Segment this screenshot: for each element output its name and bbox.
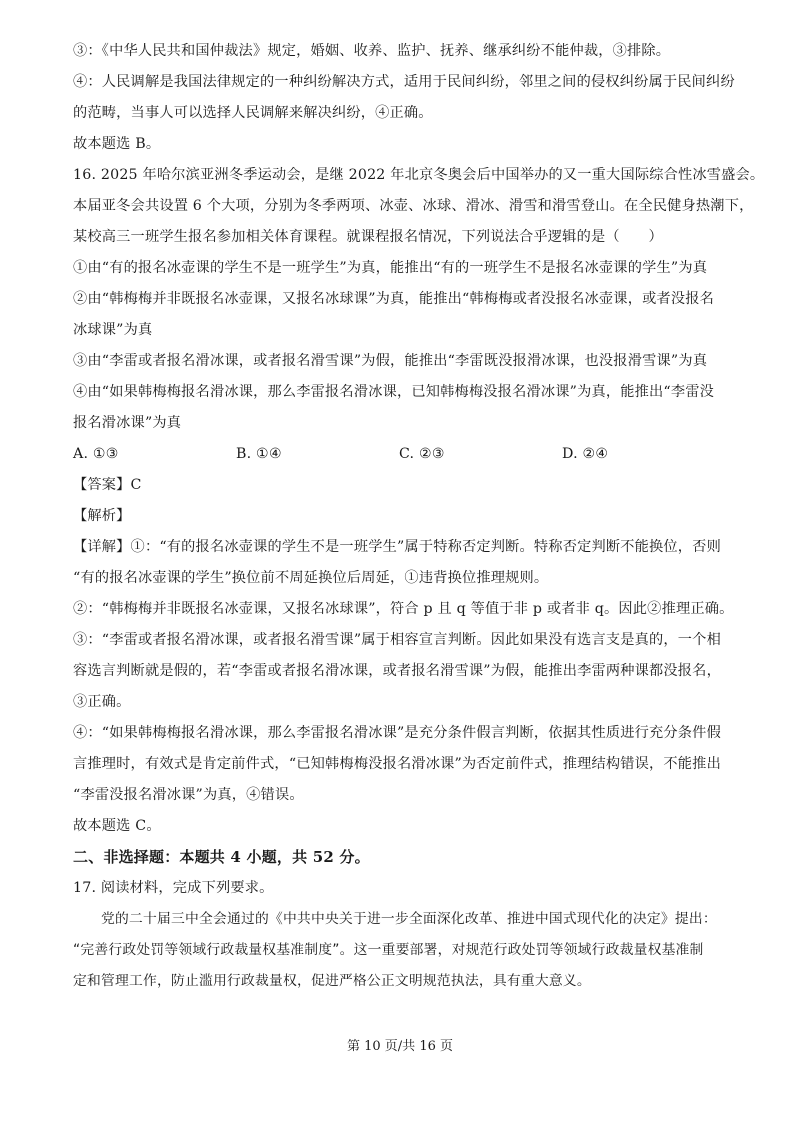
detail-line: ③正确。 <box>73 687 733 718</box>
option-c: C. ②③ <box>399 439 562 470</box>
material-line: 定和管理工作，防止滥用行政裁量权，促进严格公正文明规范执法，具有重大意义。 <box>73 966 733 997</box>
detail-line: “李雷没报名滑冰课”为真，④错误。 <box>73 780 733 811</box>
question-stem-line: 本届亚冬会共设置 6 个大项，分别为冬季两项、冰壶、冰球、滑冰、滑雪和滑雪登山。… <box>73 191 733 222</box>
detail-line: “有的报名冰壶课的学生”换位前不周延换位后周延，①违背换位推理规则。 <box>73 563 733 594</box>
analysis-line: ④：人民调解是我国法律规定的一种纠纷解决方式，适用于民间纠纷，邻里之间的侵权纠纷… <box>73 67 733 98</box>
material-line: 党的二十届三中全会通过的《中共中央关于进一步全面深化改革、推进中国式现代化的决定… <box>73 904 733 935</box>
page-number: 第 10 页/共 16 页 <box>0 1035 800 1054</box>
statement-2-cont: 冰球课”为真 <box>73 315 733 346</box>
option-b: B. ①④ <box>236 439 399 470</box>
conclusion-line: 故本题选 B。 <box>73 129 733 160</box>
answer-options: A. ①③ B. ①④ C. ②③ D. ②④ <box>73 439 733 470</box>
question-stem-line: 16. 2025 年哈尔滨亚洲冬季运动会，是继 2022 年北京冬奥会后中国举办… <box>73 160 733 191</box>
section-heading: 二、非选择题：本题共 4 小题，共 52 分。 <box>73 842 733 873</box>
statement-4-cont: 报名滑冰课”为真 <box>73 408 733 439</box>
analysis-label: 【解析】 <box>73 501 733 532</box>
option-d: D. ②④ <box>562 439 725 470</box>
detail-line: 【详解】①：“有的报名冰壶课的学生不是一班学生”属于特称否定判断。特称否定判断不… <box>73 532 733 563</box>
detail-line: ②：“韩梅梅并非既报名冰壶课，又报名冰球课”，符合 p 且 q 等值于非 p 或… <box>73 594 733 625</box>
question-17: 17. 阅读材料，完成下列要求。 党的二十届三中全会通过的《中共中央关于进一步全… <box>73 873 733 997</box>
statement-3: ③由“李雷或者报名滑冰课，或者报名滑雪课”为假，能推出“李雷既没报滑冰课，也没报… <box>73 346 733 377</box>
statement-4: ④由“如果韩梅梅报名滑冰课，那么李雷报名滑冰课，已知韩梅梅没报名滑冰课”为真，能… <box>73 377 733 408</box>
option-a: A. ①③ <box>73 439 236 470</box>
previous-question-analysis: ③：《中华人民共和国仲裁法》规定，婚姻、收养、监护、抚养、继承纠纷不能仲裁，③排… <box>73 36 733 160</box>
answer-label: 【答案】C <box>73 470 733 501</box>
material-line: “完善行政处罚等领域行政裁量权基准制度”。这一重要部署，对规范行政处罚等领域行政… <box>73 935 733 966</box>
statement-1: ①由“有的报名冰壶课的学生不是一班学生”为真，能推出“有的一班学生不是报名冰壶课… <box>73 253 733 284</box>
detail-line: 容选言判断就是假的，若“李雷或者报名滑冰课，或者报名滑雪课”为假，能推出李雷两种… <box>73 656 733 687</box>
statement-2: ②由“韩梅梅并非既报名冰壶课，又报名冰球课”为真，能推出“韩梅梅或者没报名冰壶课… <box>73 284 733 315</box>
document-page: ③：《中华人民共和国仲裁法》规定，婚姻、收养、监护、抚养、继承纠纷不能仲裁，③排… <box>73 36 733 997</box>
question-stem-line: 某校高三一班学生报名参加相关体育课程。就课程报名情况，下列说法合乎逻辑的是（ ） <box>73 222 733 253</box>
question-16: 16. 2025 年哈尔滨亚洲冬季运动会，是继 2022 年北京冬奥会后中国举办… <box>73 160 733 842</box>
detail-line: 言推理时，有效式是肯定前件式，“已知韩梅梅没报名滑冰课”为否定前件式，推理结构错… <box>73 749 733 780</box>
analysis-line: ③：《中华人民共和国仲裁法》规定，婚姻、收养、监护、抚养、继承纠纷不能仲裁，③排… <box>73 36 733 67</box>
conclusion-line: 故本题选 C。 <box>73 811 733 842</box>
analysis-line: 的范畴，当事人可以选择人民调解来解决纠纷，④正确。 <box>73 98 733 129</box>
detail-line: ③：“李雷或者报名滑冰课，或者报名滑雪课”属于相容宣言判断。因此如果没有选言支是… <box>73 625 733 656</box>
question-prompt: 17. 阅读材料，完成下列要求。 <box>73 873 733 904</box>
detail-line: ④：“如果韩梅梅报名滑冰课，那么李雷报名滑冰课”是充分条件假言判断，依据其性质进… <box>73 718 733 749</box>
